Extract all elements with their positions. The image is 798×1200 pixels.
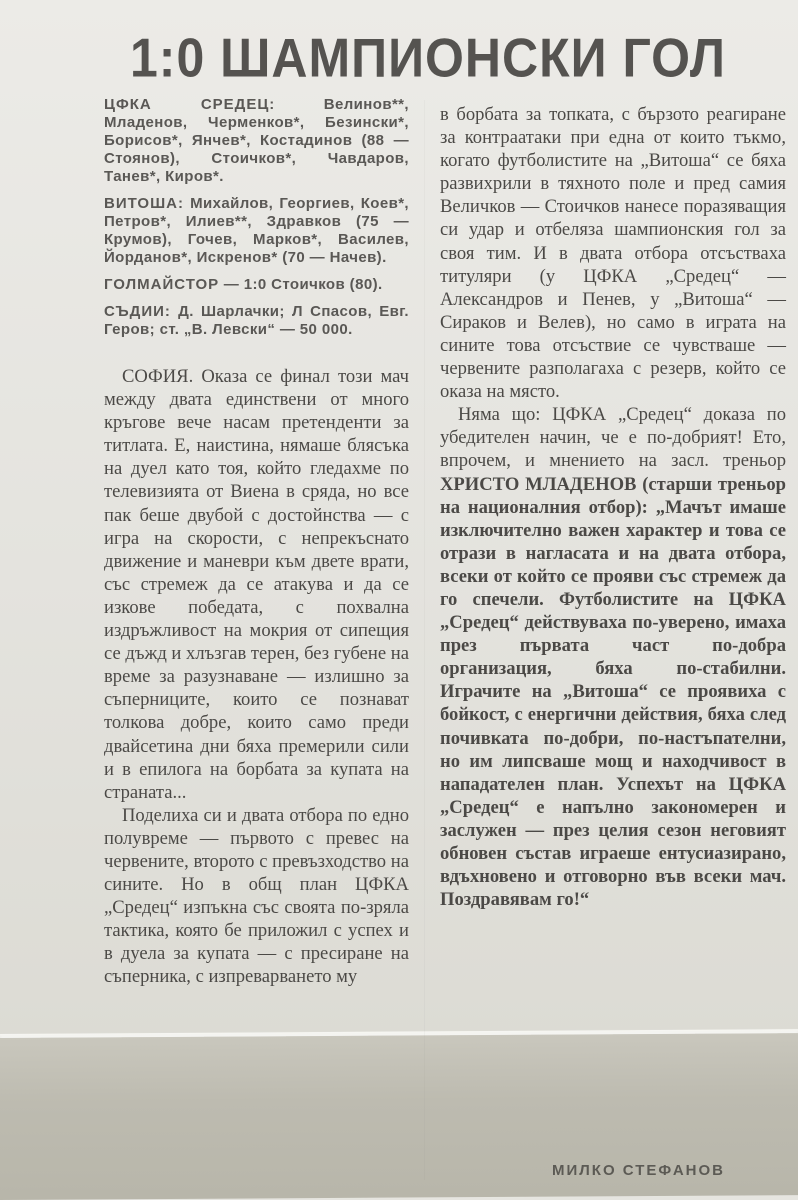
author-byline: МИЛКО СТЕФАНОВ bbox=[552, 1162, 725, 1179]
left-column: ЦФКА СРЕДЕЦ: Велинов**, Младенов, Чермен… bbox=[104, 96, 409, 989]
dateline: СОФИЯ. bbox=[122, 366, 193, 387]
headline: 1:0 ШАМПИОНСКИ ГОЛ bbox=[130, 26, 730, 90]
scorer-label: ГОЛМАЙСТОР bbox=[104, 276, 219, 293]
quote-text: (старши треньор на националния отбор): „… bbox=[440, 474, 786, 911]
coach-name: ХРИСТО МЛАДЕНОВ bbox=[440, 474, 636, 495]
body-paragraph: Поделиха си и двата отбора по едно полув… bbox=[104, 804, 409, 989]
scorer-text: — 1:0 Стоичков (80). bbox=[224, 276, 383, 293]
right-column: в борбата за топката, с бързото реагиран… bbox=[440, 103, 786, 911]
paragraph-text: Поделиха си и двата отбора по едно полув… bbox=[104, 805, 409, 988]
lineup-cfka: ЦФКА СРЕДЕЦ: Велинов**, Младенов, Чермен… bbox=[104, 96, 409, 186]
body-paragraph: Няма що: ЦФКА „Средец“ доказа по убедите… bbox=[440, 403, 786, 911]
referees-info: СЪДИИ: Д. Шарлачки; Л Спасов, Евг. Геров… bbox=[104, 303, 409, 339]
paragraph-text: в борбата за топката, с бързото реагиран… bbox=[440, 104, 786, 402]
body-paragraph: СОФИЯ. Оказа се финал този мач между два… bbox=[104, 365, 409, 804]
team-label: ВИТОША: bbox=[104, 195, 184, 212]
team-label: ЦФКА СРЕДЕЦ: bbox=[104, 96, 275, 113]
lineup-vitosha: ВИТОША: Михайлов, Георгиев, Коев*, Петро… bbox=[104, 195, 409, 267]
body-paragraph: в борбата за топката, с бързото реагиран… bbox=[440, 103, 786, 403]
column-divider bbox=[424, 100, 425, 1180]
paragraph-text: Няма що: ЦФКА „Средец“ доказа по убедите… bbox=[440, 404, 786, 471]
referees-label: СЪДИИ: bbox=[104, 303, 171, 320]
scorer-info: ГОЛМАЙСТОР — 1:0 Стоичков (80). bbox=[104, 276, 409, 294]
paragraph-text: Оказа се финал този мач между двата един… bbox=[104, 366, 409, 803]
